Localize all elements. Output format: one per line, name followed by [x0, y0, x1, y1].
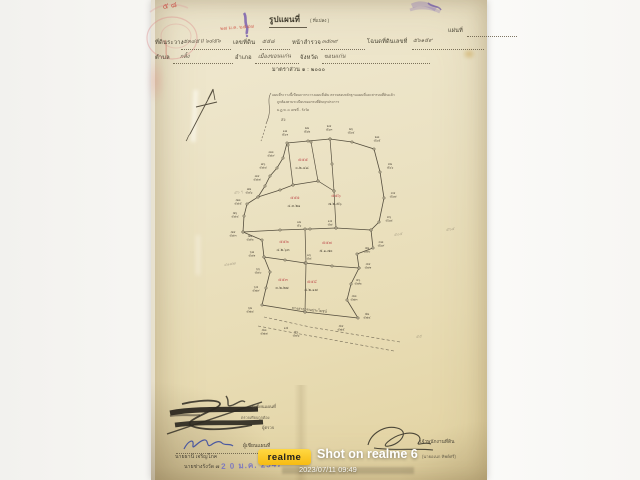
survey-point: [265, 287, 267, 289]
survey-point: [307, 140, 309, 142]
survey-point: [350, 283, 352, 285]
field-province-label: จังหวัด: [300, 56, 318, 62]
boundary-mark: ๑๖๕๘: [307, 253, 312, 261]
faint-pencil-annotation: ๔๑๘๗: [223, 260, 236, 267]
survey-point: [269, 271, 271, 273]
writer-signature: [184, 440, 233, 449]
parcel-area: ๔-๒-๑๗: [304, 288, 317, 292]
survey-point: [279, 189, 281, 191]
parcel-number: ๕๕๓: [278, 277, 288, 282]
survey-point: [329, 138, 331, 140]
field-amphoe-value: เมืองขอนแก่น: [258, 54, 291, 60]
field-survey-label: หน้าสำรวจ: [292, 41, 321, 47]
officer-label: เจ้าพนักงานที่ดิน: [420, 441, 454, 446]
survey-point: [261, 239, 263, 241]
survey-point: [335, 227, 337, 229]
form-line: [412, 48, 484, 50]
writer-name: นายธานี เจริญโภค: [175, 455, 217, 460]
parcel-divider-line: [330, 139, 336, 228]
field-sheet-value: ๕๓๔๕ II ๖๔๕๖: [183, 39, 221, 45]
boundary-mark: ๔๒๕๗๐: [364, 246, 371, 254]
boundary-mark: ๓๔๕๖๗: [390, 191, 397, 199]
survey-point: [372, 247, 374, 249]
survey-point: [358, 267, 360, 269]
survey-point: [331, 163, 333, 165]
boundary-mark: ๒๖๕๖๔: [348, 127, 355, 135]
photo-canvas: ทางสาธารณประโยชน์๕๕๕๐-๒-๔๘๕๕๑๔-๓-๒๑๕๕๖๗-…: [0, 0, 640, 480]
survey-point: [276, 167, 278, 169]
form-line: [321, 48, 365, 50]
boundary-mark: ๔๔๕๗๑: [365, 262, 372, 270]
stamp-checker-label: ผู้ตรวจ: [262, 426, 274, 430]
survey-point: [305, 262, 307, 264]
parcel-area: ๕-๑-๗๐: [320, 248, 334, 253]
boundary-mark: ๗๒๕๘๒: [247, 234, 254, 242]
boundary-mark: ๗๖๕๘๔: [231, 211, 239, 219]
officer-name: (นายอเนก ทิพย์ศรี): [422, 455, 456, 459]
form-line: [173, 62, 233, 64]
boundary-mark: ๕๒๕๗๔: [363, 312, 371, 320]
field-tambon-value: กลิ้ง: [180, 55, 189, 61]
field-province-value: ขอนแก่น: [324, 55, 346, 61]
boundary-mark: ๒๒๕๖๒: [304, 126, 311, 134]
survey-point: [346, 299, 348, 301]
parcel-divider-line: [288, 145, 293, 185]
survey-point: [263, 256, 265, 258]
parcel-divider-line: [311, 142, 318, 181]
watermark-brand-text: realme: [268, 452, 302, 463]
boundary-mark: ๖๖๕๘๐: [255, 267, 262, 275]
boundary-mark: ๑๘๕๖๑: [282, 129, 288, 137]
field-tambon-label: ตำบล: [155, 56, 170, 62]
boundary-mark: ๑๒๕๖: [297, 220, 301, 228]
survey-point: [373, 148, 375, 150]
note-send-label: ส่ง: [281, 118, 285, 122]
faint-pencil-annotation: ๕๖๕: [445, 226, 455, 232]
parcel-area: ๗-๒-๕๖: [328, 201, 342, 206]
page-title-suffix: ( ที่แปลง ): [310, 19, 329, 24]
survey-point: [357, 317, 359, 319]
faint-pencil-annotation: ๕๐๕: [393, 231, 403, 237]
survey-point: [246, 203, 248, 205]
boundary-mark: ๘๘๕๘๙: [267, 150, 275, 158]
survey-point: [242, 231, 244, 233]
boundary-mark: ๔๖๕๗๒: [355, 278, 362, 286]
faint-pencil-annotation: ๕๕: [415, 333, 423, 339]
boundary-mark: ๖๔๕๗๙: [252, 285, 260, 293]
survey-point: [284, 259, 286, 261]
note-line: ม.ฏ.ท. ๓ เลขที่ - รังวัด: [277, 109, 309, 112]
page-title: รูปแผนที่: [269, 16, 300, 24]
survey-point: [378, 221, 380, 223]
writer-title: นายช่างรังวัด ๗: [184, 465, 219, 470]
boundary-mark: ๗๔๕๘๓: [229, 230, 237, 238]
boundary-mark: ๑๔๕๗: [328, 219, 333, 227]
boundary-mark: ๒๔๕๖๓: [326, 124, 333, 132]
sheet-number-label: แผ่นที่: [448, 29, 463, 35]
stamp-verify-label: ตรวจเทียบถูกต้อง: [241, 417, 270, 421]
form-line: [260, 48, 290, 50]
survey-point: [351, 141, 353, 143]
survey-point: [261, 304, 263, 306]
survey-point: [279, 229, 281, 231]
note-line: แผนที่ระวางนี้เขียนจากระวางแผนที่เดิม ตร…: [272, 94, 395, 97]
boundary-mark: ๖๘๕๘๑: [249, 250, 256, 258]
field-sheet-label: ที่ดินระวาง: [155, 41, 184, 47]
form-line: [255, 62, 299, 64]
boundary-mark: ๕๔๕๗๕: [337, 324, 345, 332]
survey-point: [331, 265, 333, 267]
form-line: [181, 48, 231, 50]
field-parcel-label: เลขที่ดิน: [233, 41, 255, 47]
field-amphoe-label: อำเภอ: [235, 56, 252, 62]
boundary-mark: ๕๖๕๗๖: [293, 330, 300, 338]
stamp-writer-label: ผู้เขียนแผนที่: [252, 405, 276, 409]
survey-point: [356, 253, 358, 255]
parcel-number: ๕๕๔: [307, 279, 318, 284]
note-brace: [261, 93, 271, 141]
survey-point: [317, 180, 319, 182]
parcel-area: ๓-๒-๒๗: [276, 286, 289, 290]
form-line: [322, 62, 430, 64]
survey-point: [257, 196, 259, 198]
north-arrow-icon: [186, 89, 217, 141]
survey-point: [383, 197, 385, 199]
survey-point: [269, 175, 271, 177]
boundary-mark: ๓๖๕๖๘: [386, 215, 393, 223]
survey-point: [243, 215, 245, 217]
watermark-datetime: 2023/07/11 09:49: [299, 466, 357, 474]
survey-point: [379, 171, 381, 173]
survey-point: [282, 157, 284, 159]
survey-point: [304, 228, 306, 230]
watermark-caption: Shot on realme 6: [317, 448, 418, 461]
boundary-mark: ๑๕: [284, 326, 289, 330]
map-drawing: ทางสาธารณประโยชน์๕๕๕๐-๒-๔๘๕๕๑๔-๓-๒๑๕๕๖๗-…: [223, 124, 455, 351]
parcel-number: ๕๕๒: [279, 239, 289, 244]
boundary-mark: ๖๒๕๗๘: [246, 306, 254, 314]
boundary-mark: ๕๘๕๗๗: [260, 328, 268, 336]
parcel-area: ๔-๒-๖๓: [277, 248, 290, 252]
survey-point: [370, 229, 372, 231]
survey-point: [264, 185, 266, 187]
parcel-divider-line: [243, 228, 371, 232]
field-survey-value: ๓๕๓๙: [322, 40, 338, 46]
survey-point: [309, 228, 311, 230]
parcel-number: ๕๕๖: [331, 193, 341, 198]
parcel-number: ๕๕๗: [322, 240, 333, 245]
boundary-mark: ๓๘๕๖๙: [378, 240, 385, 248]
faint-pencil-annotation: ๕๖ ๆ: [233, 189, 243, 195]
boundary-mark: ๓๒๕๖๖: [387, 162, 393, 170]
scale-text: มาตราส่วน ๑ : ๒๐๐๐: [272, 68, 325, 74]
stamp-scribble: [167, 396, 263, 434]
field-deed-value: ๕๖๑๕๙: [413, 39, 432, 45]
parcel-divider-line: [264, 257, 359, 268]
watermark-brand-badge: realme: [258, 449, 311, 465]
parcel-number: ๕๕๑: [290, 195, 300, 200]
boundary-mark: ๗๘๕๘๕: [234, 198, 242, 206]
parcel-area: ๔-๓-๒๑: [288, 204, 302, 208]
boundary-mark: ๘๖๕๘๘: [259, 162, 267, 170]
boundary-mark: ๘๒๕๘๖: [246, 187, 253, 195]
red-seal-stamp: [147, 5, 197, 59]
parcel-area: ๐-๒-๔๘: [295, 166, 308, 170]
survey-point: [287, 144, 289, 146]
sheet-number-line: [467, 35, 517, 37]
boundary-mark: ๔๘๕๗๓: [351, 294, 359, 302]
parcel-number: ๕๕๕: [298, 157, 309, 162]
parcel-divider-line: [305, 229, 306, 312]
boundary-mark: ๒๘๕๖๕: [374, 135, 381, 143]
note-line: ถูกต้องตามระเบียบของกรมที่ดินทุกประการ: [277, 101, 339, 104]
survey-point: [292, 184, 294, 186]
survey-point: [310, 141, 312, 143]
field-parcel-value: ๕๕๘: [262, 40, 275, 46]
boundary-mark: ๘๔๕๘๗: [253, 174, 261, 182]
survey-point: [333, 190, 335, 192]
field-deed-label: โฉนดที่ดินเลขที่: [367, 40, 407, 46]
